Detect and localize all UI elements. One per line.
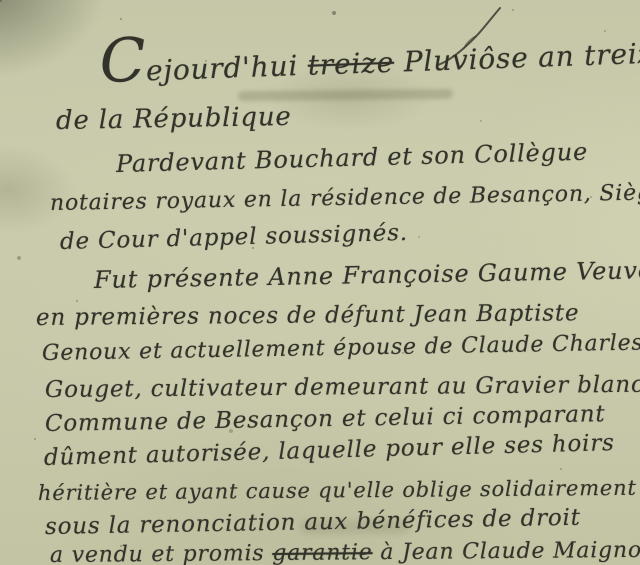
manuscript-line: Fut présente Anne Françoise Gaume Veuve: [94, 256, 640, 294]
manuscript-line: notaires royaux en la résidence de Besan…: [50, 180, 640, 216]
ink-smudge: [238, 89, 453, 101]
manuscript-line: a vendu et promis garantie à Jean Claude…: [50, 538, 640, 565]
paper-specks: [0, 0, 2, 2]
manuscript-line: de la République: [56, 102, 292, 136]
manuscript-line: sous la renonciation aux bénéfices de dr…: [45, 505, 581, 540]
manuscript-page: Cejourd'hui treize Pluviôse an treize de…: [0, 0, 640, 565]
manuscript-line: Gouget, cultivateur demeurant au Gravier…: [45, 372, 640, 403]
manuscript-line: en premières noces de défunt Jean Baptis…: [36, 300, 580, 331]
struck-word: treize: [307, 46, 394, 82]
struck-word: garantie: [272, 540, 373, 565]
line-text: a vendu et promis: [50, 541, 272, 565]
manuscript-line: Genoux et actuellement épouse de Claude …: [42, 331, 640, 366]
line-text: à Jean Claude Maignot: [372, 538, 640, 565]
manuscript-line: Pardevant Bouchard et son Collègue: [116, 138, 589, 178]
manuscript-line: héritière et ayant cause qu'elle oblige …: [38, 476, 637, 505]
line-text: Cejourd'hui: [99, 49, 308, 89]
manuscript-line: de Cour d'appel soussignés.: [60, 220, 409, 255]
manuscript-line: dûment autorisée, laquelle pour elle ses…: [44, 430, 615, 471]
